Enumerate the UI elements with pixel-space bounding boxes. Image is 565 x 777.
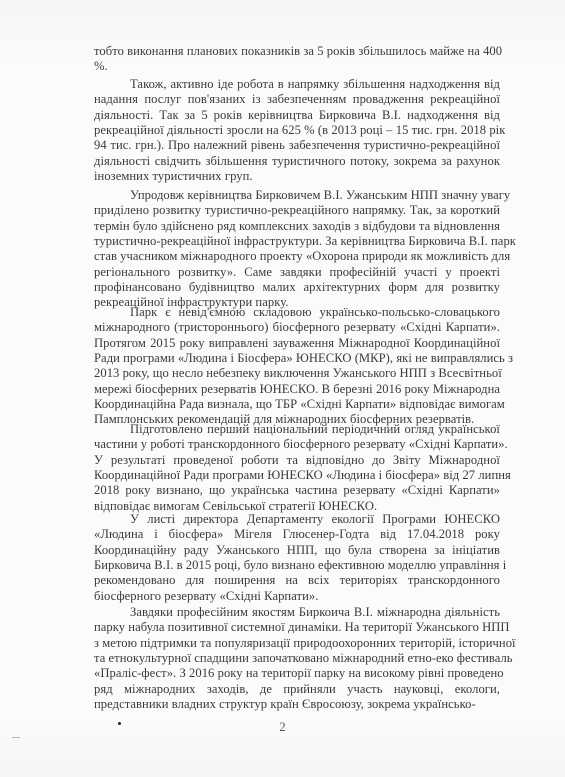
text-line: діяльності. Так за 5 років керівництва Б…	[94, 108, 500, 123]
text-line: ряд міжнародних заходів, де прийняли уча…	[94, 682, 500, 697]
text-line: У листі директора Департаменту екології …	[130, 512, 500, 527]
text-line: частини у роботі транскордонного біосфер…	[94, 437, 500, 452]
text-line: рекреаційної діяльності зросли на 625 % …	[94, 123, 500, 138]
text-line: профінансовано будівництво малих архітек…	[94, 280, 500, 295]
text-line: приділено розвитку туристично-рекреаційн…	[94, 203, 500, 218]
text-line: Упродовж керівництва Бирковичем В.І. Ужа…	[130, 188, 500, 203]
text-line: Бирковича В.І. в 2015 році, було визнано…	[94, 558, 500, 573]
text-line: туристично-рекреаційної інфраструктури. …	[94, 234, 500, 249]
text-line: та етнокультурної спадщини започатковано…	[94, 651, 500, 666]
text-line: 2013 року, що несло небезпеку виключення…	[94, 366, 500, 381]
text-line: Координаційну раду Ужанського НПП, що бу…	[94, 543, 500, 558]
text-line: іноземних туристичних груп.	[94, 169, 500, 184]
text-line: Підготовлено перший національний періоди…	[130, 422, 500, 437]
text-line: «Людина і біосфера» Мігеля Глюсенер-Годт…	[94, 527, 500, 542]
text-line: Ради програми «Людина і Біосфера» ЮНЕСКО…	[94, 351, 500, 366]
text-line: надання послуг пов'язаних із забезпеченн…	[94, 92, 500, 107]
text-line: парку набула позитивної системної динамі…	[94, 620, 500, 635]
text-line: Координаційна Рада визнала, що ТБР «Схід…	[94, 397, 500, 412]
text-line: діяльності свідчить збільшення туристичн…	[94, 154, 500, 169]
text-line: Також, активно іде робота в напрямку збі…	[130, 77, 500, 92]
document-page: тобто виконання планових показників за 5…	[0, 0, 565, 777]
text-line: тобто виконання планових показників за 5…	[94, 44, 500, 59]
text-line: 2018 року визнано, що українська частина…	[94, 483, 500, 498]
text-line: %.	[94, 59, 500, 74]
text-line: 94 тис. грн.). Про належний рівень забез…	[94, 138, 500, 153]
text-line: Парк є невід'ємною складовою українсько-…	[130, 305, 500, 320]
text-line: Завдяки професійним якостям Биркоича В.І…	[130, 605, 500, 620]
text-line: Протягом 2015 року виправлені зауваження…	[94, 336, 500, 351]
text-line: рекомендовано для поширення на всіх тери…	[94, 573, 500, 588]
text-line: представники владних структур країн Євро…	[94, 697, 500, 712]
text-line: регіонального розвитку». Саме завдяки пр…	[94, 265, 500, 280]
text-line: міжнародного (тристороннього) біосферног…	[94, 320, 500, 335]
scan-speck	[118, 722, 121, 725]
text-line: «Праліс-фест». З 2016 року на території …	[94, 666, 500, 681]
page-number: 2	[0, 720, 565, 735]
text-line: мережі біосферних резерватів ЮНЕСКО. В б…	[94, 382, 500, 397]
text-line: У результаті проведеної роботи та відпов…	[94, 453, 500, 468]
text-line: став учасником міжнародного проекту «Охо…	[94, 249, 500, 264]
text-line: термін було здійснено ряд комплексних за…	[94, 219, 500, 234]
text-line: з метою підтримки та популяризації приро…	[94, 636, 500, 651]
scan-mark	[12, 737, 20, 738]
text-line: біосферного резервату «Східні Карпати».	[94, 589, 500, 604]
text-line: Координаційної Ради програми ЮНЕСКО «Люд…	[94, 468, 500, 483]
